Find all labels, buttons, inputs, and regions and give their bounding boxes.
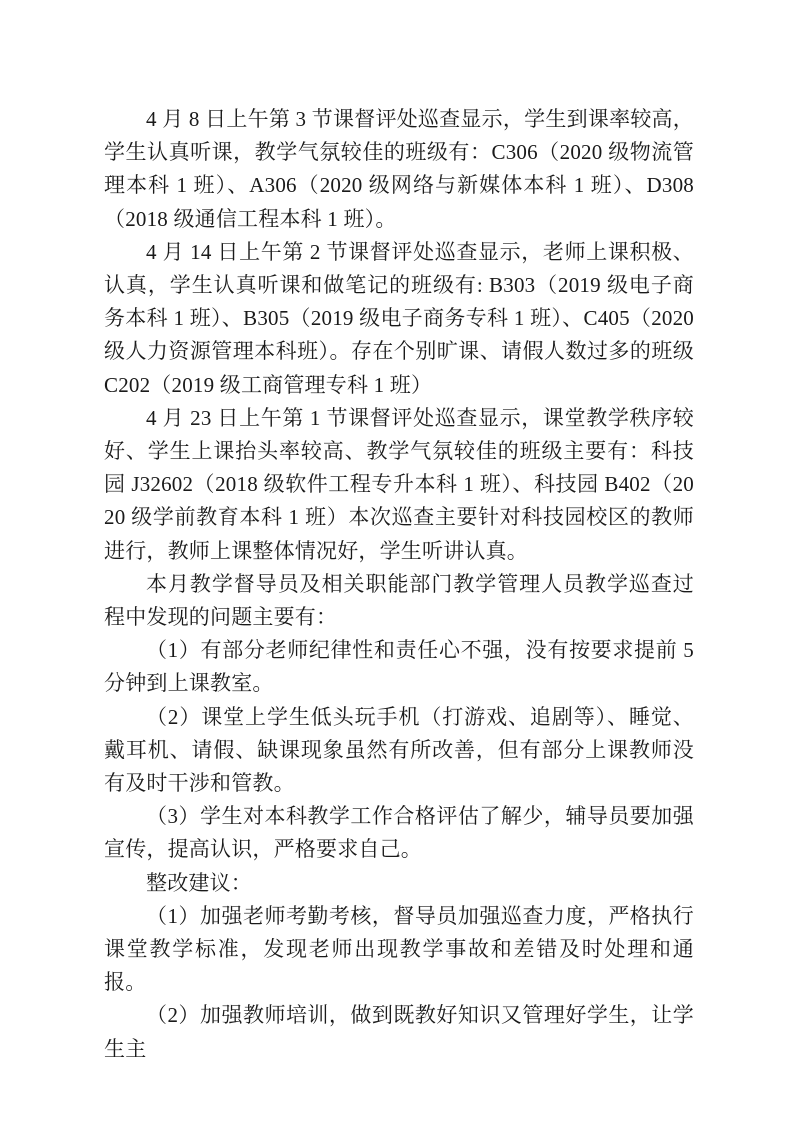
document-page: 4 月 8 日上午第 3 节课督评处巡查显示，学生到课率较高，学生认真听课，教学…	[0, 0, 793, 1122]
paragraph-problem-3: （3）学生对本科教学工作合格评估了解少，辅导员要加强宣传，提高认识，严格要求自己…	[104, 800, 694, 866]
paragraph-suggestion-2: （2）加强教师培训，做到既教好知识又管理好学生，让学生主	[104, 999, 694, 1065]
paragraph-inspection-apr14: 4 月 14 日上午第 2 节课督评处巡查显示，老师上课积极、认真，学生认真听课…	[104, 236, 694, 402]
paragraph-inspection-apr8: 4 月 8 日上午第 3 节课督评处巡查显示，学生到课率较高，学生认真听课，教学…	[104, 103, 694, 236]
paragraph-problem-1: （1）有部分老师纪律性和责任心不强，没有按要求提前 5 分钟到上课教室。	[104, 634, 694, 700]
paragraph-inspection-apr23: 4 月 23 日上午第 1 节课督评处巡查显示，课堂教学秩序较好、学生上课抬头率…	[104, 402, 694, 568]
paragraph-suggestions-heading: 整改建议：	[104, 867, 694, 900]
paragraph-problems-intro: 本月教学督导员及相关职能部门教学管理人员教学巡查过程中发现的问题主要有：	[104, 568, 694, 634]
text-content: 4 月 8 日上午第 3 节课督评处巡查显示，学生到课率较高，学生认真听课，教学…	[104, 103, 694, 1066]
paragraph-problem-2: （2）课堂上学生低头玩手机（打游戏、追剧等）、睡觉、戴耳机、请假、缺课现象虽然有…	[104, 701, 694, 801]
paragraph-suggestion-1: （1）加强老师考勤考核，督导员加强巡查力度，严格执行课堂教学标准，发现老师出现教…	[104, 900, 694, 1000]
